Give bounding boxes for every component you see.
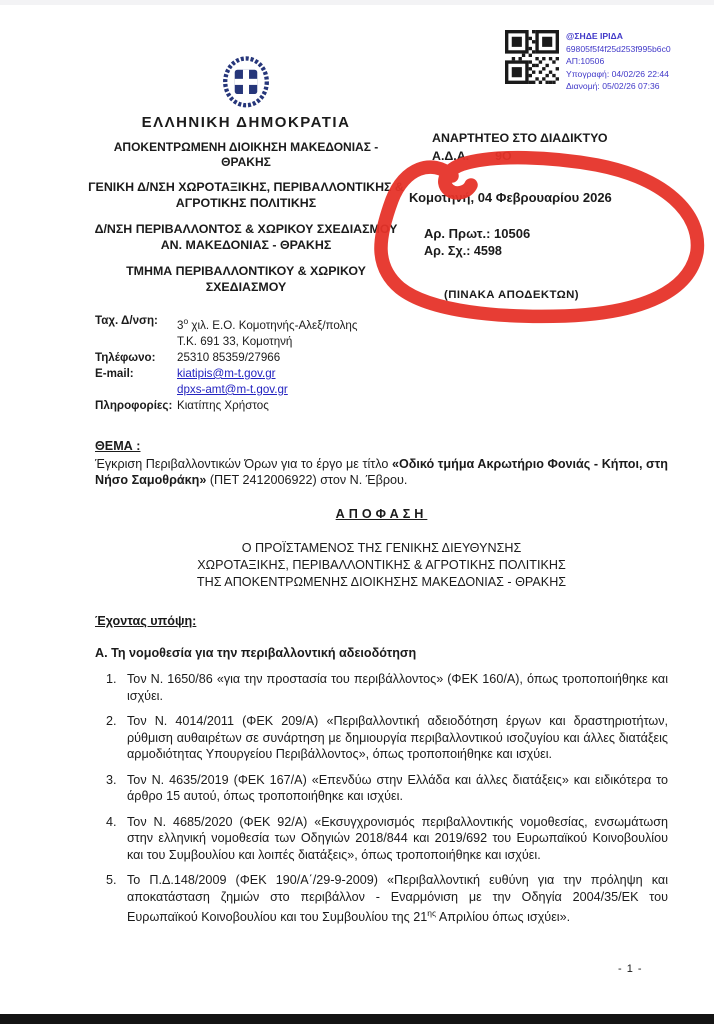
place-and-date: Κομοτηνή, 04 Φεβρουαρίου 2026 bbox=[409, 190, 612, 205]
subject-label: ΘΕΜΑ : bbox=[95, 438, 668, 455]
directorate: Δ/ΝΣΗ ΠΕΡΙΒΑΛΛΟΝΤΟΣ & ΧΩΡΙΚΟΥ ΣΧΕΔΙΑΣΜΟΥ… bbox=[88, 221, 404, 253]
decision-title: ΑΠΟΦΑΣΗ bbox=[95, 506, 668, 523]
stamp-distribution-time: Διανομή: 05/02/26 07:36 bbox=[566, 80, 671, 93]
contact-email-row2: dpxs-amt@m-t.gov.gr bbox=[95, 382, 357, 398]
email-label: E-mail: bbox=[95, 366, 177, 382]
decentralized-administration: ΑΠΟΚΕΝΤΡΩΜΕΝΗ ΔΙΟΙΚΗΣΗ ΜΑΚΕΔΟΝΙΑΣ - ΘΡΑΚ… bbox=[88, 140, 404, 170]
department: ΤΜΗΜΑ ΠΕΡΙΒΑΛΛΟΝΤΙΚΟΥ & ΧΩΡΙΚΟΥ ΣΧΕΔΙΑΣΜ… bbox=[88, 263, 404, 295]
legal-references-list: 1. Τον Ν. 1650/86 «για την προστασία του… bbox=[95, 671, 668, 926]
contact-address-row: Ταχ. Δ/νση: 3ο χιλ. Ε.Ο. Κομοτηνής-Αλεξ/… bbox=[95, 313, 357, 334]
list-item-text: Τον Ν. 4635/2019 (ΦΕΚ 167/Α) «Επενδύω στ… bbox=[127, 772, 668, 805]
list-item: 1. Τον Ν. 1650/86 «για την προστασία του… bbox=[95, 671, 668, 704]
contact-email-row: E-mail: kiatipis@m-t.gov.gr bbox=[95, 366, 357, 382]
list-item-text: Τον Ν. 4014/2011 (ΦΕΚ 209/Α) «Περιβαλλον… bbox=[127, 713, 668, 763]
list-item-number: 3. bbox=[95, 772, 127, 805]
email-link-2[interactable]: dpxs-amt@m-t.gov.gr bbox=[177, 383, 288, 396]
greek-coat-of-arms-icon bbox=[220, 52, 272, 110]
contact-info-row: Πληροφορίες: Κιατίπης Χρήστος bbox=[95, 398, 357, 414]
subject-text: Έγκριση Περιβαλλοντικών Όρων για το έργο… bbox=[95, 456, 668, 489]
section-a-heading: Α. Τη νομοθεσία για την περιβαλλοντική α… bbox=[95, 645, 668, 662]
authority-line-2: ΧΩΡΟΤΑΞΙΚΗΣ, ΠΕΡΙΒΑΛΛΟΝΤΙΚΗΣ & ΑΓΡΟΤΙΚΗΣ… bbox=[95, 557, 668, 574]
scan-bottom-bar bbox=[0, 1014, 714, 1024]
list-item-text: Τον Ν. 1650/86 «για την προστασία του πε… bbox=[127, 671, 668, 704]
recipients-note: (ΠΙΝΑΚΑ ΑΠΟΔΕΚΤΩΝ) bbox=[444, 289, 579, 301]
document-body: ΘΕΜΑ : Έγκριση Περιβαλλοντικών Όρων για … bbox=[95, 438, 668, 935]
list-item: 5. Το Π.Δ.148/2009 (ΦΕΚ 190/Α΄/29-9-2009… bbox=[95, 872, 668, 926]
republic-title: ΕΛΛΗΝΙΚΗ ΔΗΜΟΚΡΑΤΙΑ bbox=[88, 114, 404, 131]
stamp-text: @ΣΗΔΕ ΙΡΙΔΑ 69805f5f4f25d253f995b6c0 ΑΠ:… bbox=[566, 30, 671, 93]
list-item: 2. Τον Ν. 4014/2011 (ΦΕΚ 209/Α) «Περιβαλ… bbox=[95, 713, 668, 763]
ada-value-fragment: 9Ο bbox=[495, 149, 512, 163]
stamp-hash: 69805f5f4f25d253f995b6c0 bbox=[566, 43, 671, 56]
document-page: { "stamp": { "line0": "@ΣΗΔΕ ΙΡΙΔΑ", "li… bbox=[0, 0, 714, 1024]
list-item-number: 1. bbox=[95, 671, 127, 704]
authority-line-1: Ο ΠΡΟΪΣΤΑΜΕΝΟΣ ΤΗΣ ΓΕΝΙΚΗΣ ΔΙΕΥΘΥΝΣΗΣ bbox=[95, 540, 668, 557]
authority-line-3: ΤΗΣ ΑΠΟΚΕΝΤΡΩΜΕΝΗΣ ΔΙΟΙΚΗΣΗΣ ΜΑΚΕΔΟΝΙΑΣ … bbox=[95, 574, 668, 591]
postal-code-value: Τ.Κ. 691 33, Κομοτηνή bbox=[177, 334, 292, 350]
list-item-text: Το Π.Δ.148/2009 (ΦΕΚ 190/Α΄/29-9-2009) «… bbox=[127, 872, 668, 926]
address-label: Ταχ. Δ/νση: bbox=[95, 313, 177, 334]
list-item: 3. Τον Ν. 4635/2019 (ΦΕΚ 167/Α) «Επενδύω… bbox=[95, 772, 668, 805]
having-regard-heading: Έχοντας υπόψη: bbox=[95, 613, 668, 630]
address-value: 3ο χιλ. Ε.Ο. Κομοτηνής-Αλεξ/πολης bbox=[177, 313, 357, 334]
list-item-text: Τον Ν. 4685/2020 (ΦΕΚ 92/Α) «Εκσυγχρονισ… bbox=[127, 814, 668, 864]
qr-code-icon bbox=[505, 30, 559, 84]
stamp-protocol: ΑΠ:10506 bbox=[566, 55, 671, 68]
scan-top-strip bbox=[0, 0, 714, 5]
phone-label: Τηλέφωνο: bbox=[95, 350, 177, 366]
email-link-1[interactable]: kiatipis@m-t.gov.gr bbox=[177, 367, 276, 380]
contact-address-row2: Τ.Κ. 691 33, Κομοτηνή bbox=[95, 334, 357, 350]
list-item-number: 2. bbox=[95, 713, 127, 763]
contact-phone-row: Τηλέφωνο: 25310 85359/27966 bbox=[95, 350, 357, 366]
ada-line: Α.Δ.Α.9Ο bbox=[432, 149, 512, 163]
contact-block: Ταχ. Δ/νση: 3ο χιλ. Ε.Ο. Κομοτηνής-Αλεξ/… bbox=[95, 313, 357, 414]
stamp-system-name: @ΣΗΔΕ ΙΡΙΔΑ bbox=[566, 30, 671, 43]
info-label: Πληροφορίες: bbox=[95, 398, 177, 414]
reference-number: Αρ. Σχ.: 4598 bbox=[424, 244, 502, 258]
phone-value: 25310 85359/27966 bbox=[177, 350, 280, 366]
stamp-signature-time: Υπογραφή: 04/02/26 22:44 bbox=[566, 68, 671, 81]
internet-posting-note: ΑΝΑΡΤΗΤΕΟ ΣΤΟ ΔΙΑΔΙΚΤΥΟ bbox=[432, 131, 608, 145]
protocol-number: Αρ. Πρωτ.: 10506 bbox=[424, 226, 530, 241]
list-item: 4. Τον Ν. 4685/2020 (ΦΕΚ 92/Α) «Εκσυγχρο… bbox=[95, 814, 668, 864]
page-number: - 1 - bbox=[618, 963, 643, 975]
list-item-number: 4. bbox=[95, 814, 127, 864]
issuing-authority: Ο ΠΡΟΪΣΤΑΜΕΝΟΣ ΤΗΣ ΓΕΝΙΚΗΣ ΔΙΕΥΘΥΝΣΗΣ ΧΩ… bbox=[95, 540, 668, 591]
general-directorate: ΓΕΝΙΚΗ Δ/ΝΣΗ ΧΩΡΟΤΑΞΙΚΗΣ, ΠΕΡΙΒΑΛΛΟΝΤΙΚΗ… bbox=[88, 179, 404, 211]
ada-label: Α.Δ.Α. bbox=[432, 149, 469, 163]
irida-stamp: @ΣΗΔΕ ΙΡΙΔΑ 69805f5f4f25d253f995b6c0 ΑΠ:… bbox=[505, 30, 671, 93]
list-item-number: 5. bbox=[95, 872, 127, 926]
letterhead: ΕΛΛΗΝΙΚΗ ΔΗΜΟΚΡΑΤΙΑ ΑΠΟΚΕΝΤΡΩΜΕΝΗ ΔΙΟΙΚΗ… bbox=[88, 52, 404, 295]
info-value: Κιατίπης Χρήστος bbox=[177, 398, 269, 414]
